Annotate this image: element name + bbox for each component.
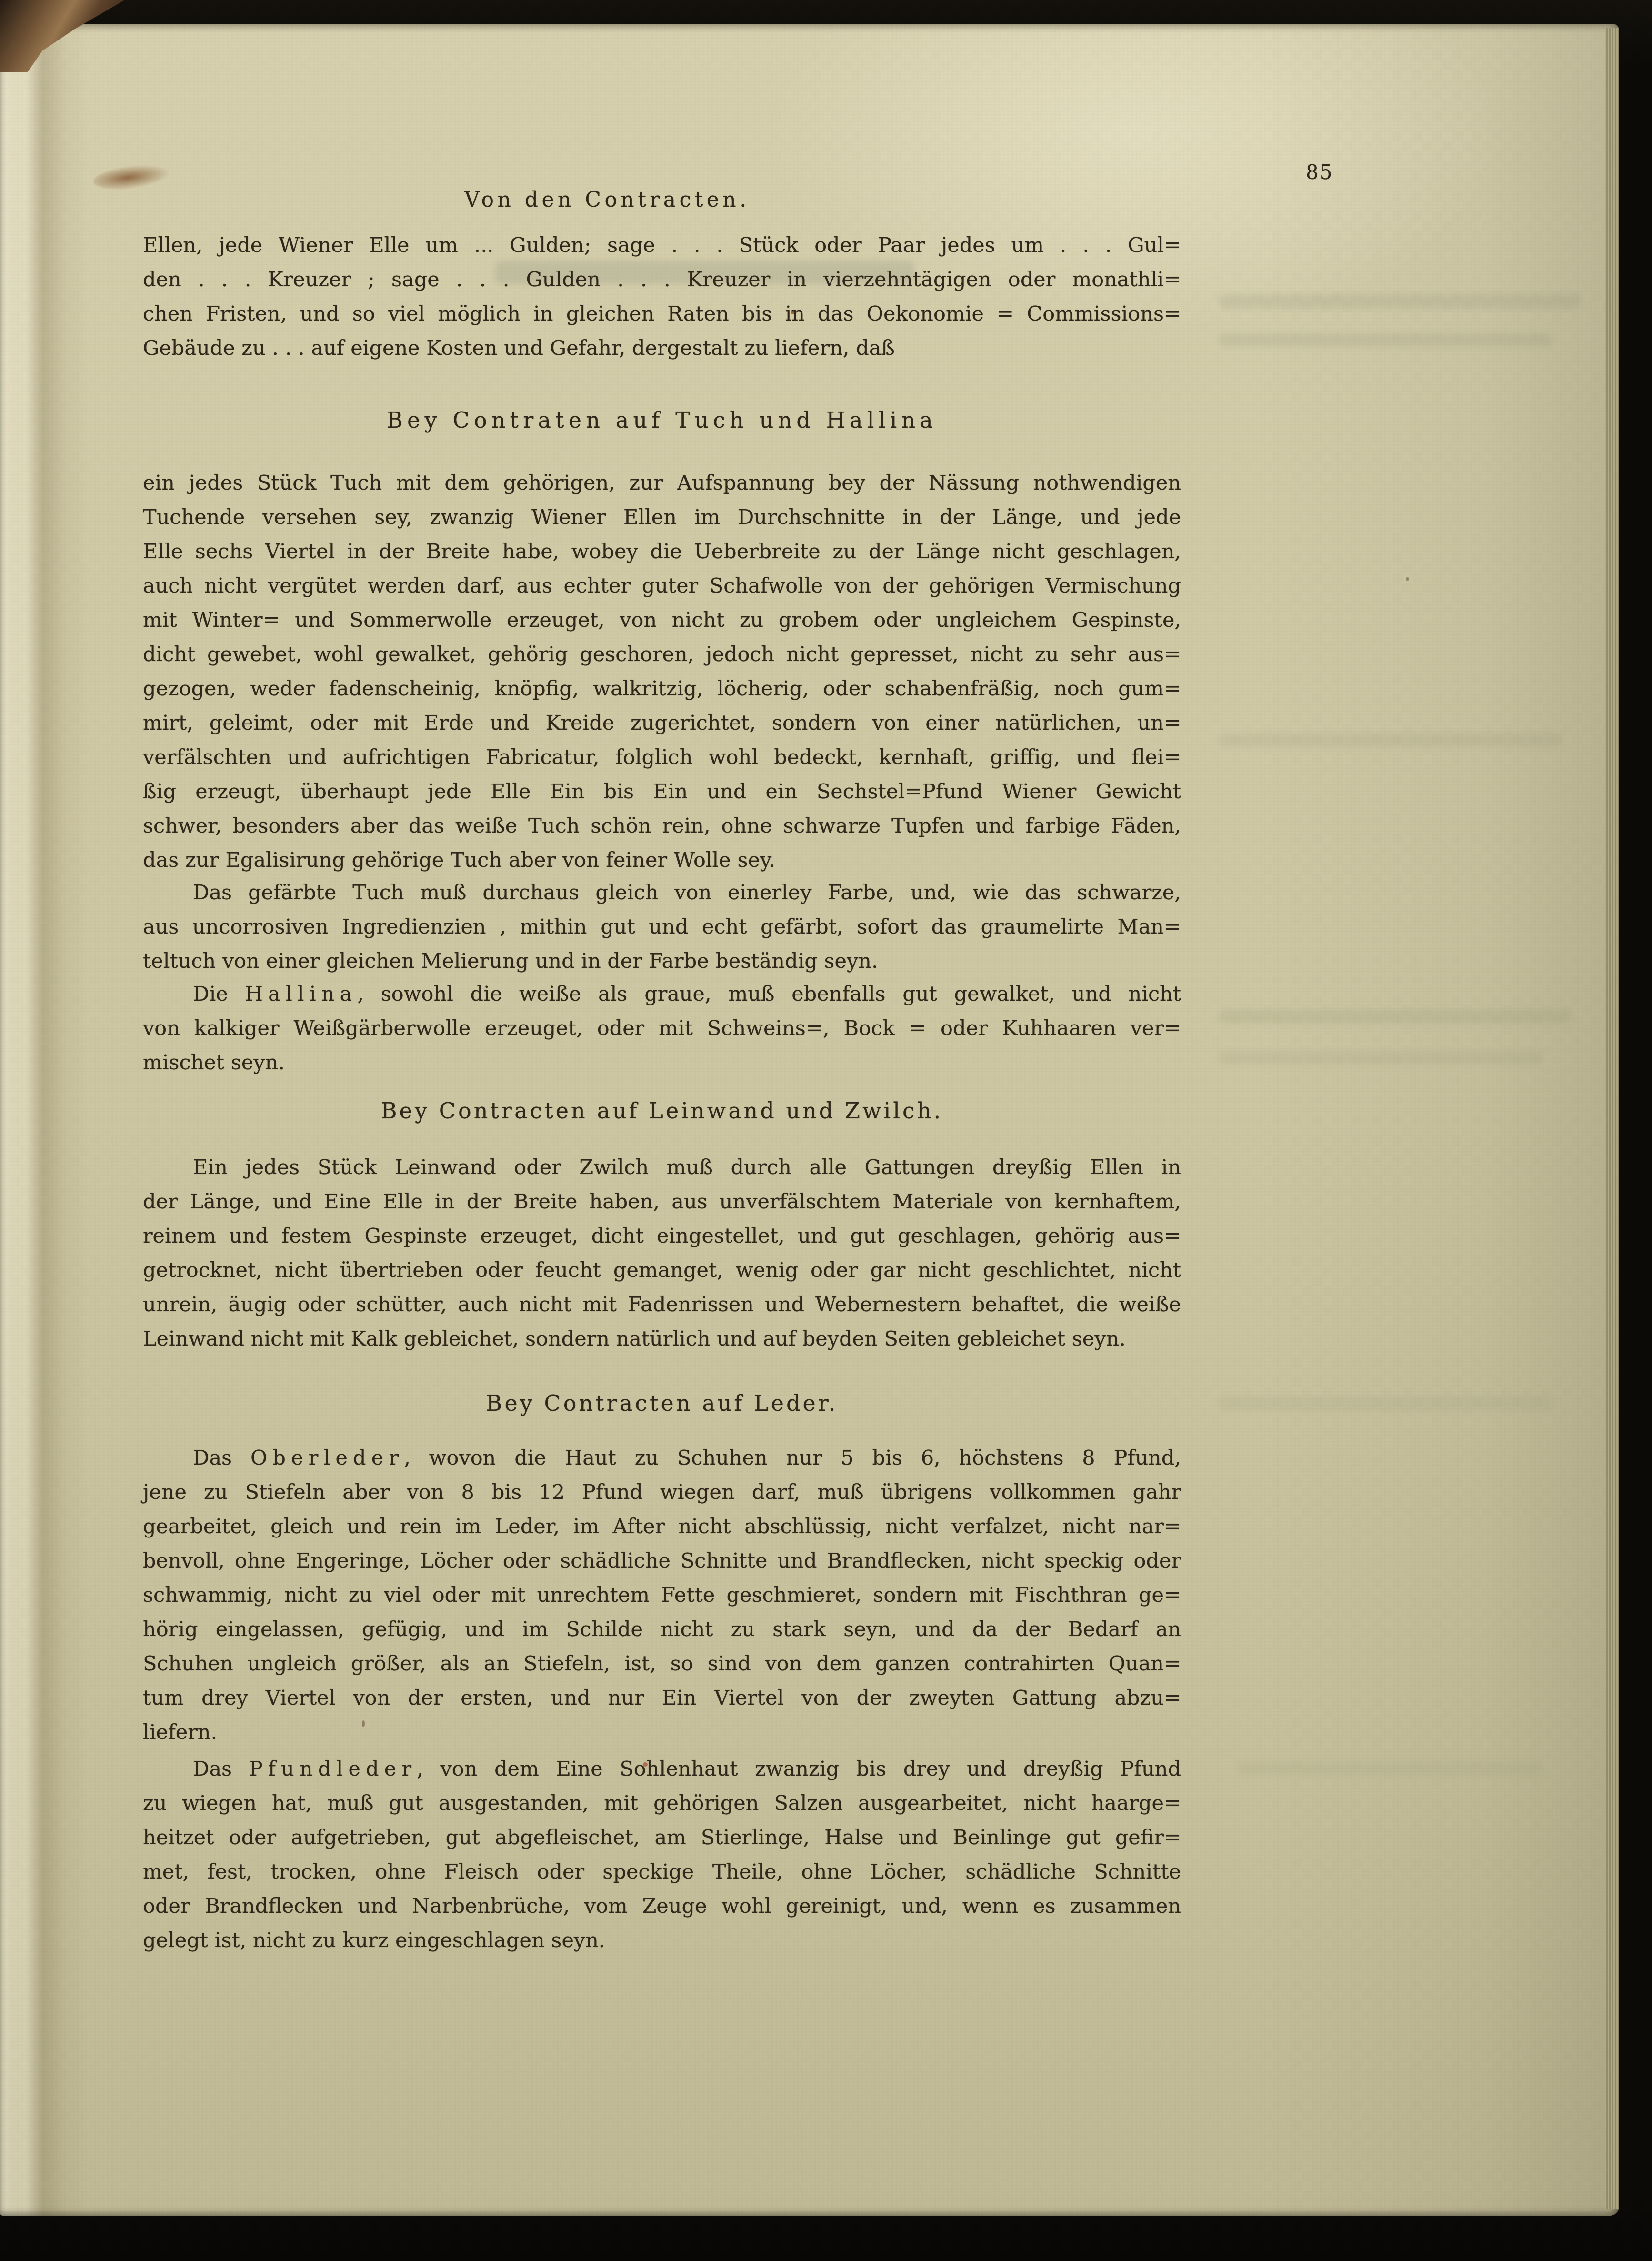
bleedthrough-smudge — [1219, 734, 1562, 747]
text-line: jene zu Stiefeln aber von 8 bis 12 Pfund… — [143, 1475, 1181, 1509]
text-segment: , von dem Eine Sohlenhaut zwanzig bis dr… — [417, 1757, 1181, 1781]
bleedthrough-smudge — [1238, 1762, 1543, 1775]
page-number: 85 — [1306, 160, 1333, 185]
text-line: teltuch von einer gleichen Melierung und… — [143, 944, 1181, 978]
text-line: gezogen, weder fadenscheinig, knöpfig, w… — [143, 672, 1181, 706]
text-line: met, fest, trocken, ohne Fleisch oder sp… — [143, 1855, 1181, 1889]
text-line: oder Brandflecken und Narbenbrüche, vom … — [143, 1889, 1181, 1923]
text-line: Ellen, jede Wiener Elle um ... Gulden; s… — [143, 228, 1181, 262]
text-line: der Länge, und Eine Elle in der Breite h… — [143, 1185, 1181, 1219]
paragraph-oberleder: Das Oberleder, wovon die Haut zu Schuhen… — [143, 1441, 1181, 1749]
text-line: verfälschten und aufrichtigen Fabricatur… — [143, 740, 1181, 774]
text-line: reinem und festem Gespinste erzeuget, di… — [143, 1219, 1181, 1253]
bleedthrough-smudge — [1219, 1052, 1543, 1064]
paragraph-pfundleder: Das Pfundleder, von dem Eine Sohlenhaut … — [143, 1752, 1181, 1958]
bleedthrough-smudge — [1219, 333, 1552, 347]
paragraph-contract-terms: Ellen, jede Wiener Elle um ... Gulden; s… — [143, 228, 1181, 365]
text-line: mirt, geleimt, oder mit Erde und Kreide … — [143, 706, 1181, 740]
text-line: unrein, äugig oder schütter, auch nicht … — [143, 1287, 1181, 1322]
section-heading-tuch-hallina: Bey Contraten auf Tuch und Hallina — [143, 403, 1181, 437]
text-line: Leinwand nicht mit Kalk gebleichet, sond… — [143, 1322, 1181, 1356]
bleedthrough-smudge — [1219, 1397, 1552, 1410]
text-line: Schuhen ungleich größer, als an Stiefeln… — [143, 1647, 1181, 1681]
text-line: aus uncorrosiven Ingredienzien , mithin … — [143, 910, 1181, 944]
text-line: schwer, besonders aber das weiße Tuch sc… — [143, 809, 1181, 843]
text-line: gelegt ist, nicht zu kurz eingeschlagen … — [143, 1923, 1181, 1958]
text-line: hörig eingelassen, gefügig, und im Schil… — [143, 1612, 1181, 1647]
text-line: das zur Egalisirung gehörige Tuch aber v… — [143, 843, 1181, 877]
text-line: ßig erzeugt, überhaupt jede Elle Ein bis… — [143, 774, 1181, 809]
emphasized-word: Oberleder — [250, 1446, 404, 1470]
text-line: den . . . Kreuzer ; sage . . . Gulden . … — [143, 262, 1181, 297]
text-segment: Die — [193, 982, 245, 1006]
text-segment: Das — [193, 1446, 250, 1470]
text-line: Tuchende versehen sey, zwanzig Wiener El… — [143, 500, 1181, 534]
text-line: Ein jedes Stück Leinwand oder Zwilch muß… — [143, 1150, 1181, 1185]
text-line: mit Winter= und Sommerwolle erzeuget, vo… — [143, 603, 1181, 637]
text-line: schwammig, nicht zu viel oder mit unrech… — [143, 1578, 1181, 1612]
text-line: Gebäude zu . . . auf eigene Kosten und G… — [143, 331, 1181, 365]
text-line: chen Fristen, und so viel möglich in gle… — [143, 297, 1181, 331]
bleedthrough-smudge — [1219, 1010, 1572, 1023]
text-segment: Das — [193, 1757, 249, 1781]
text-line: zu wiegen hat, muß gut ausgestanden, mit… — [143, 1786, 1181, 1820]
text-segment: , sowohl die weiße als graue, muß ebenfa… — [357, 982, 1181, 1006]
bleedthrough-smudge — [1219, 294, 1581, 309]
emphasized-word: Hallina — [245, 982, 357, 1006]
text-line: mischet seyn. — [143, 1045, 1181, 1080]
text-line: gearbeitet, gleich und rein im Leder, im… — [143, 1509, 1181, 1544]
text-line: Das Pfundleder, von dem Eine Sohlenhaut … — [143, 1752, 1181, 1786]
text-line: Die Hallina, sowohl die weiße als graue,… — [143, 977, 1181, 1011]
page-stack-edge — [1605, 28, 1619, 2209]
text-line: Das gefärbte Tuch muß durchaus gleich vo… — [143, 875, 1181, 910]
text-line: ein jedes Stück Tuch mit dem gehörigen, … — [143, 466, 1181, 500]
text-line: benvoll, ohne Engeringe, Löcher oder sch… — [143, 1544, 1181, 1578]
text-line: Das Oberleder, wovon die Haut zu Schuhen… — [143, 1441, 1181, 1475]
text-line: auch nicht vergütet werden darf, aus ech… — [143, 569, 1181, 603]
paragraph-leinwand-requirements: Ein jedes Stück Leinwand oder Zwilch muß… — [143, 1150, 1181, 1356]
text-line: von kalkiger Weißgärberwolle erzeuget, o… — [143, 1011, 1181, 1045]
running-head: Von den Contracten. — [88, 186, 1126, 214]
paragraph-tuch-requirements: ein jedes Stück Tuch mit dem gehörigen, … — [143, 466, 1181, 877]
paragraph-gefaerbtes-tuch: Das gefärbte Tuch muß durchaus gleich vo… — [143, 875, 1181, 978]
text-line: heitzet oder aufgetrieben, gut abgefleis… — [143, 1820, 1181, 1855]
ink-speck — [1406, 577, 1409, 581]
paragraph-hallina: Die Hallina, sowohl die weiße als graue,… — [143, 977, 1181, 1080]
text-line: liefern. — [143, 1715, 1181, 1749]
scanned-book-photo: Von den Contracten. 85 Ellen, jede Wiene… — [0, 0, 1652, 2261]
section-heading-leinwand-zwilch: Bey Contracten auf Leinwand und Zwilch. — [143, 1094, 1181, 1128]
text-line: getrocknet, nicht übertrieben oder feuch… — [143, 1253, 1181, 1287]
text-line: tum drey Viertel von der ersten, und nur… — [143, 1681, 1181, 1715]
text-segment: , wovon die Haut zu Schuhen nur 5 bis 6,… — [404, 1446, 1181, 1470]
section-heading-leder: Bey Contracten auf Leder. — [143, 1386, 1181, 1420]
text-line: dicht gewebet, wohl gewalket, gehörig ge… — [143, 637, 1181, 672]
emphasized-word: Pfundleder — [249, 1757, 417, 1781]
text-line: Elle sechs Viertel in der Breite habe, w… — [143, 534, 1181, 569]
